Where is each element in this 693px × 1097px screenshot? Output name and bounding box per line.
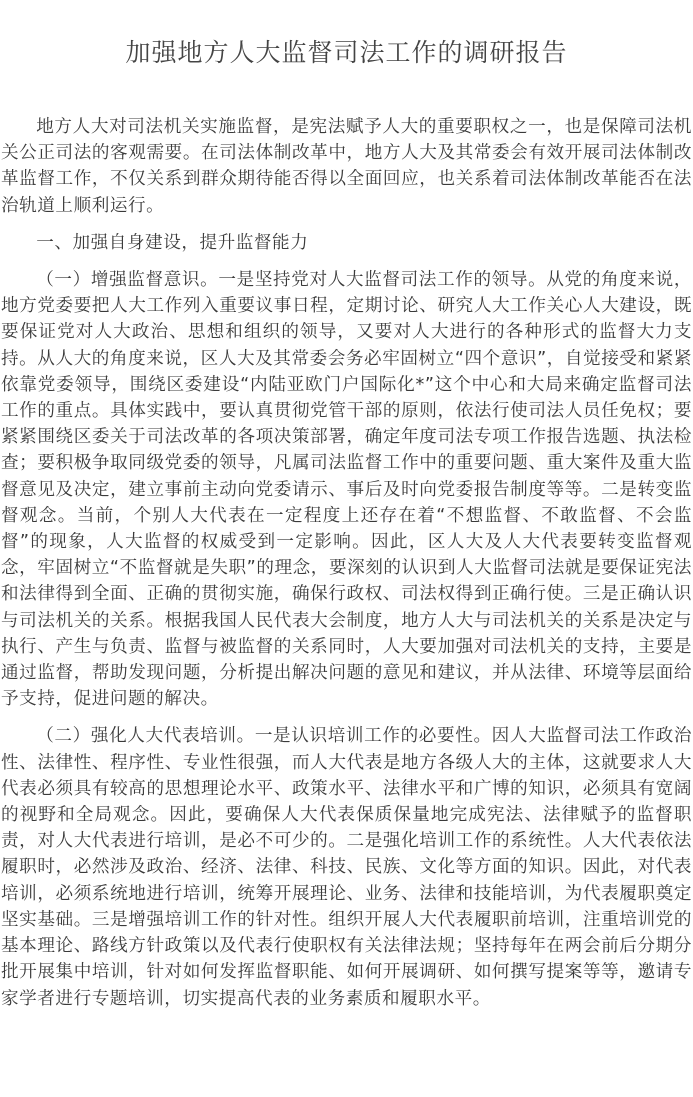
document-page: 加强地方人大监督司法工作的调研报告 地方人大对司法机关实施监督，是宪法赋予人大的… xyxy=(0,0,693,1012)
subsection-paragraph-2: （二）强化人大代表培训。一是认识培训工作的必要性。因人大监督司法工作政治性、法律… xyxy=(1,723,692,1011)
document-title: 加强地方人大监督司法工作的调研报告 xyxy=(1,0,692,73)
document-body: 地方人大对司法机关实施监督，是宪法赋予人大的重要职权之一，也是保障司法机关公正司… xyxy=(1,114,692,1012)
section-heading-1: 一、加强自身建设，提升监督能力 xyxy=(1,230,692,256)
intro-paragraph: 地方人大对司法机关实施监督，是宪法赋予人大的重要职权之一，也是保障司法机关公正司… xyxy=(1,114,692,219)
subsection-paragraph-1: （一）增强监督意识。一是坚持党对人大监督司法工作的领导。从党的角度来说，地方党委… xyxy=(1,267,692,712)
